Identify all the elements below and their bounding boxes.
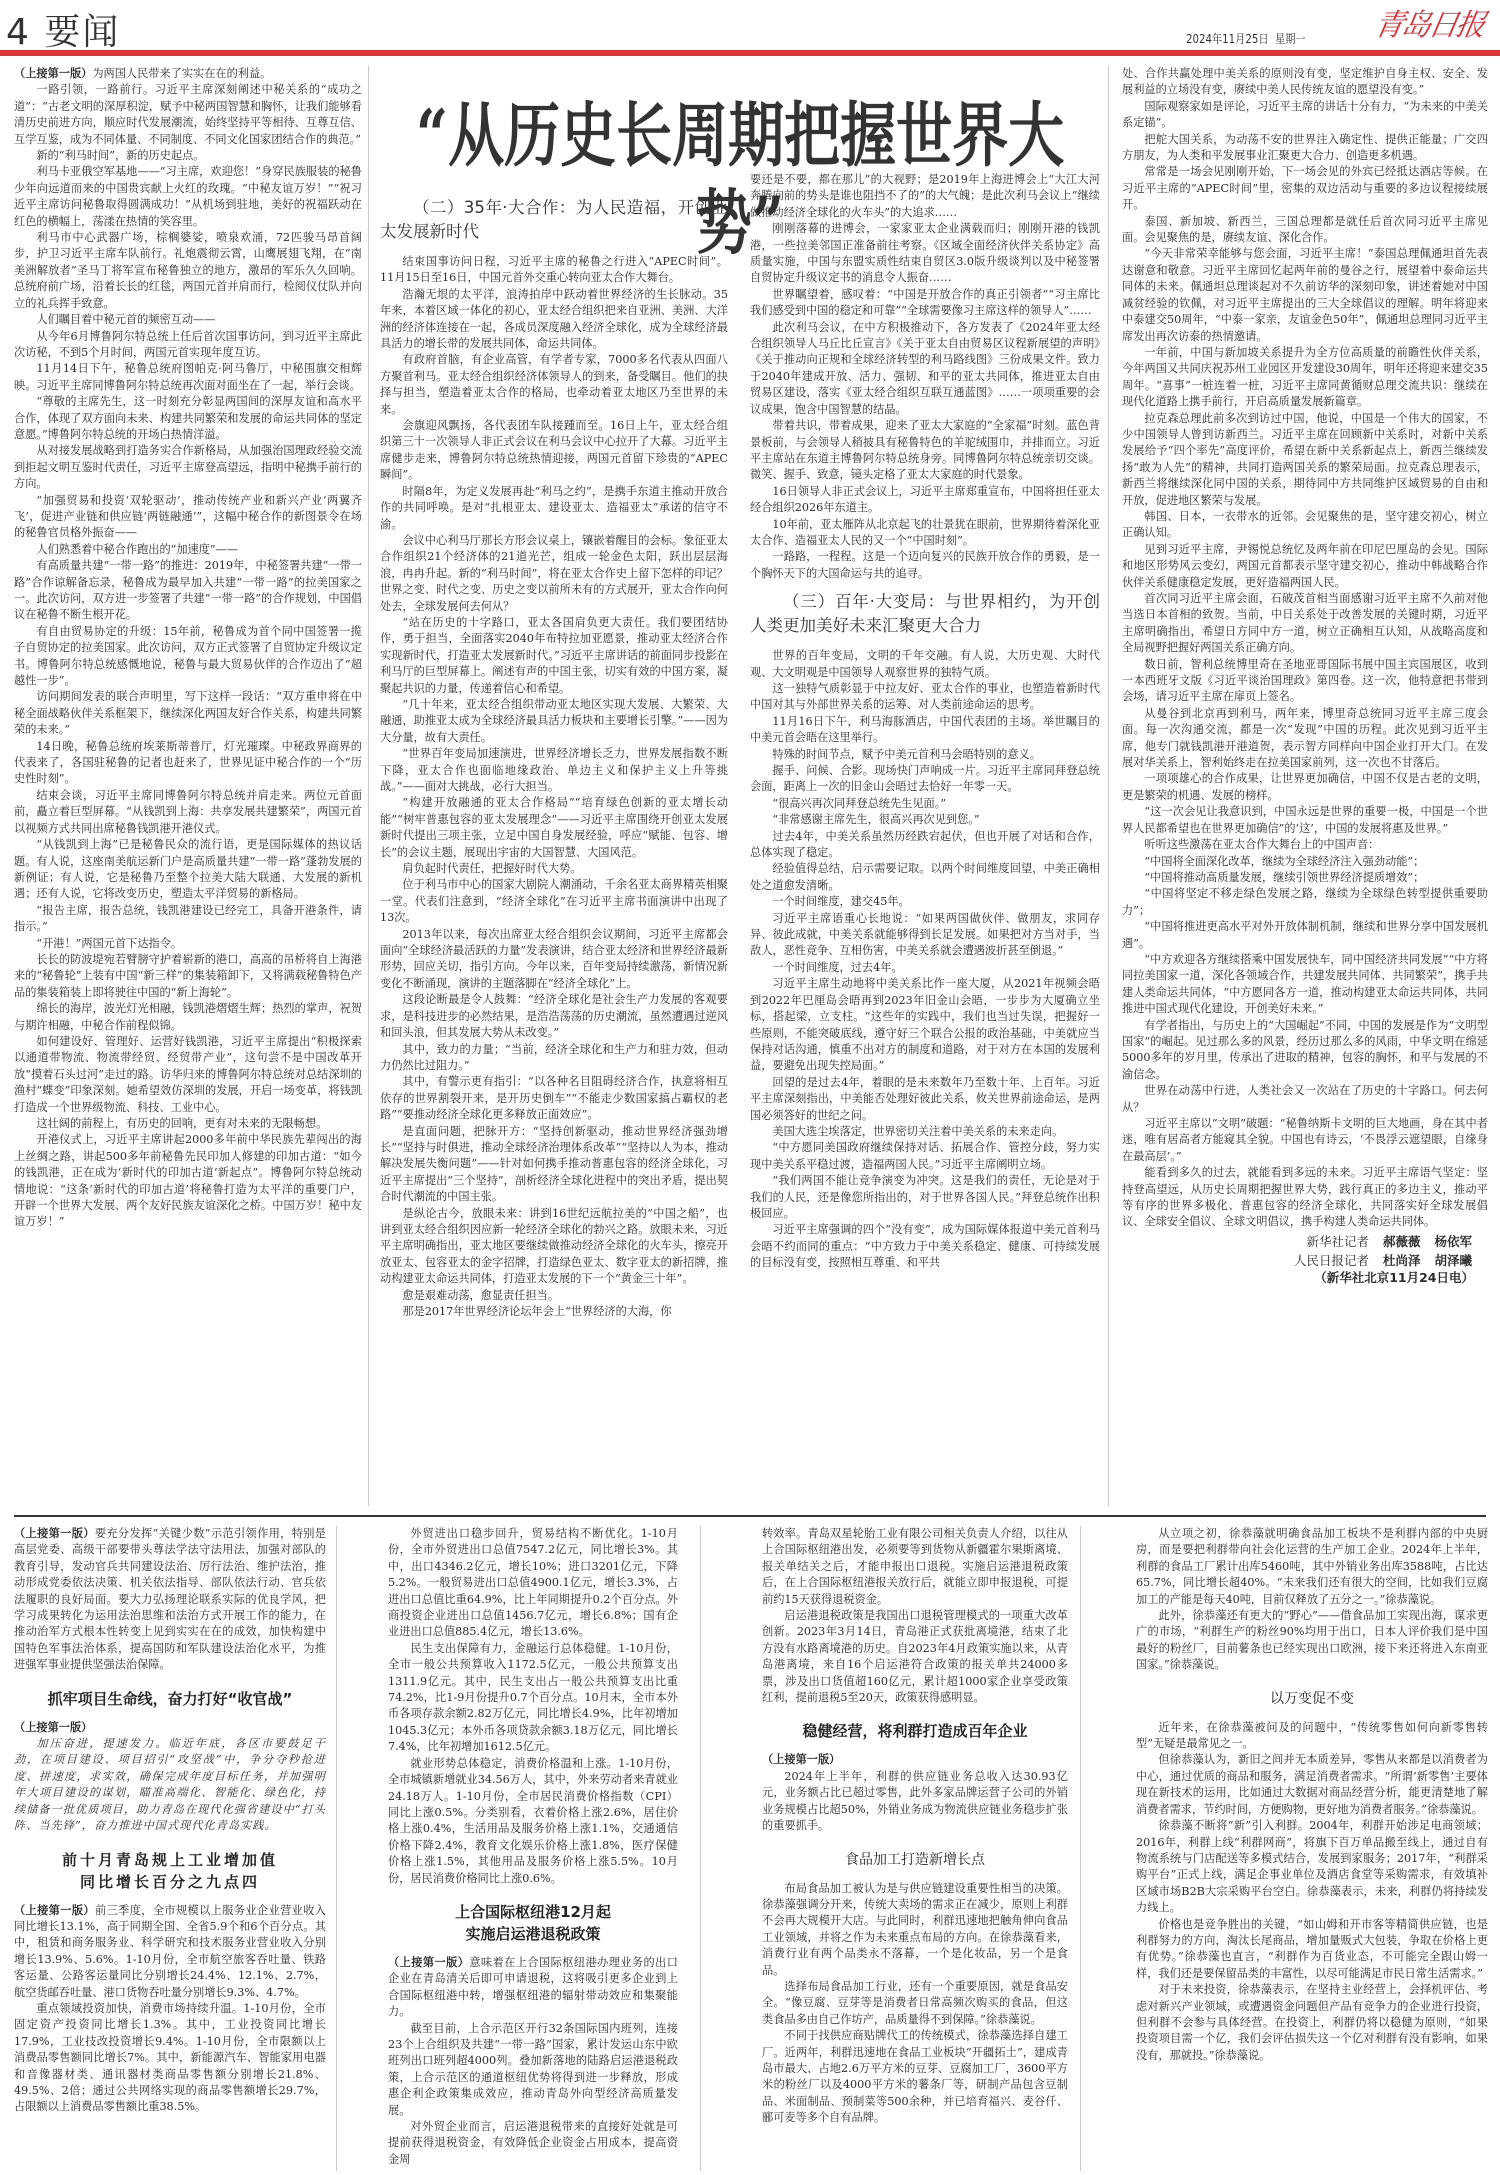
paragraph-text: 此次利马会议，在中方积极推动下，各方发表了《2024年亚太经合组织领导人马丘比丘… <box>750 321 1100 416</box>
paragraph-text: 10年前，亚太雁阵从北京起飞的壮景犹在眼前，世界期待着深化亚太合作、造福亚太人民… <box>750 518 1100 547</box>
paragraph-text: 访问期间发表的联合声明里，写下这样一段话：“双方重申将在中秘全面战略伙伴关系框架… <box>14 690 362 736</box>
section-divider <box>14 1515 1486 1517</box>
dateline: （新华社北京11月24日电） <box>1122 1269 1488 1286</box>
paragraph: 一项项雄心的合作成果，让世界更加确信，中国不仅是古老的文明，更是繁荣的机遇、发展… <box>1122 771 1488 804</box>
paragraph: 数日前，智利总统博里奇在圣地亚哥国际书展中国主宾国展区，收到一本西班牙文版《习近… <box>1122 657 1488 706</box>
paragraph: “构建开放融通的亚太合作格局”“培育绿色创新的亚太增长动能”“树牢普惠包容的亚太… <box>380 795 728 861</box>
paragraph-text: 前三季度，全市规模以上服务业企业营业收入同比增长13.1%，高于同期全国、全省5… <box>14 1904 326 1999</box>
paragraph: “尊敬的主席先生，这一时刻充分彰显两国间的深厚友谊和高水平合作，体现了双方面向未… <box>14 394 362 443</box>
paragraph-text: 从曼谷到北京再到利马，两年来，博里奇总统同习近平主席三度会面。每一次沟通交流，都… <box>1122 707 1488 769</box>
paragraph: 有学者指出，与历史上的“大国崛起”不同，中国的发展是作为“文明型国家”的崛起。见… <box>1122 1018 1488 1084</box>
paragraph: 那是2017年世界经济论坛年会上“世界经济的大海，你 <box>380 1304 728 1320</box>
paragraph-text: “中国将推进更高水平对外开放体制机制，继续和世界分享中国发展机遇”。 <box>1122 920 1488 949</box>
paragraph: “这一次会见让我意识到，中国永远是世界的重要一极，中国是一个世界人民都希望也在世… <box>1122 804 1488 837</box>
paragraph: “世界百年变局加速演进，世界经济增长乏力，世界发展指数不断下降，亚太合作也面临地… <box>380 746 728 795</box>
paragraph: 人们瞩目着中秘元首的频密互动—— <box>14 312 362 328</box>
section-title: 以万变促不变 <box>1136 1688 1488 1710</box>
paragraph: 选择布局食品加工行业，还有一个重要原因，就是食品安全。“像豆腐、豆芽等是消费者日… <box>762 1979 1068 2028</box>
title-line: 上合国际枢纽港12月起 <box>388 1901 678 1923</box>
paragraph-text: 这一独特气质彰显于中拉友好、亚太合作的事业，也塑造着新时代中国对其与外部世界关系… <box>750 682 1100 711</box>
paragraph: 这壮阔的前程上，有历史的回响，更有对未来的无限畅想。 <box>14 1116 362 1132</box>
paragraph: 要还是不要，都在那儿”的大视野；是2019年上海进博会上“大江大河奔腾向前的势头… <box>750 172 1100 221</box>
paragraph-text: 握手、问候、合影。现场快门声响成一片。习近平主席同拜登总统会面，距离上一次的旧金… <box>750 764 1100 793</box>
section-subhead: （三）百年·大变局：与世界相约，为开创人类更加美好未来汇聚更大合力 <box>750 590 1100 638</box>
paragraph-text: 14日晚，秘鲁总统府埃莱斯蒂普厅，灯光璀璨。中秘政界商界的代表来了，各国驻秘鲁的… <box>14 740 362 786</box>
paragraph: 此外，徐恭藻还有更大的“野心”——借食品加工实现出海，谋求更广的市场，“利群生产… <box>1136 1608 1488 1674</box>
paragraph-text: 一个时间维度，过去4年。 <box>772 961 902 974</box>
continued-from-label: （上接第一版） <box>14 1527 95 1540</box>
paragraph: 从立项之初，徐恭藻就明确食品加工板块不是利群内部的中央厨房，而是要把利群带向社会… <box>1136 1526 1488 1608</box>
paragraph-text: 结束会谈，习近平主席同博鲁阿尔特总统并肩走来。两位元首面前，矗立着巨型屏幕。“从… <box>14 789 362 835</box>
paragraph: “中国将推进更高水平对外开放体制机制，继续和世界分享中国发展机遇”。 <box>1122 919 1488 952</box>
paragraph: 处、合作共赢处理中美关系的原则没有变，坚定维护自身主权、安全、发展利益的立场没有… <box>1122 66 1488 99</box>
paragraph-text: 有自由贸易协定的升级：15年前，秘鲁成为首个同中国签署一揽子自贸协定的拉美国家。… <box>14 625 362 687</box>
paragraph: 重点领域投资加快，消费市场持续升温。1-10月份，全市固定资产投资同比增长1.3… <box>14 2001 326 2116</box>
paragraph: 位于利马市中心的国家大剧院人潮涌动，千余名亚太商界精英相聚一堂。代表们注意到，“… <box>380 877 728 926</box>
paragraph: “非常感谢主席先生，很高兴再次见到您。” <box>750 812 1100 828</box>
paragraph-text: “非常感谢主席先生，很高兴再次见到您。” <box>772 813 979 826</box>
paragraph-text: 首次同习近平主席会面，石破茂首相当面感谢习近平主席不久前对他当选日本首相的致贺。… <box>1122 592 1488 654</box>
page-number: 4 <box>6 12 31 53</box>
paragraph-text: 世界的百年变局，文明的千年交融。有人说，大历史观、大时代观、大文明观是中国领导人… <box>750 649 1100 678</box>
byline-role: 新华社记者 <box>1306 1234 1369 1249</box>
paragraph-text: 过去4年，中美关系虽然历经跌宕起伏，但也开展了对话和合作，总体实现了稳定。 <box>750 830 1100 859</box>
paragraph: （上接第一版）为两国人民带来了实实在在的利益。 <box>14 66 362 82</box>
column-divider <box>368 66 369 1506</box>
bottom-column-1: （上接第一版）要充分发挥“关键少数”示范引领作用，特别是高层党委、高级干部要带头… <box>14 1526 326 2171</box>
paragraph: 把舵大国关系，为动荡不安的世界注入确定性、提供正能量；广交四方朋友，为人类和平发… <box>1122 132 1488 165</box>
paragraph: 习近平主席强调的四个“没有变”，成为国际媒体报道中美元首利马会晤不约而同的重点：… <box>750 1222 1100 1271</box>
paragraph-text: 经验值得总结，启示需要记取。以两个时间维度回望，中美正确相处之道愈发清晰。 <box>750 862 1100 891</box>
byline-name: 胡泽曦 <box>1434 1253 1472 1268</box>
paragraph: 从曼谷到北京再到利马，两年来，博里奇总统同习近平主席三度会面。每一次沟通交流，都… <box>1122 706 1488 772</box>
paragraph: 有政府首脑，有企业高管，有学者专家，7000多名代表从四面八方聚首利马。亚太经合… <box>380 352 728 418</box>
bottom-column-2: 外贸进出口稳步回升，贸易结构不断优化。1-10月份，全市外贸进出口总值7547.… <box>388 1526 678 2171</box>
paragraph: 时隔8年，为定义发展再赴“利马之约”，是携手东道主推动开放合作的共同呼唤。是对“… <box>380 484 728 533</box>
paragraph: 从对接发展战略到打造务实合作新格局，从加强治国理政经验交流到拒起文明互鉴时代责任… <box>14 443 362 492</box>
paragraph-text: 有学者指出，与历史上的“大国崛起”不同，中国的发展是作为“文明型国家”的崛起。见… <box>1122 1019 1488 1081</box>
paragraph-text: 有高质量共建“一带一路”的推进：2019年，中秘签署共建“一带一路”合作谅解备忘… <box>14 559 362 621</box>
paragraph: 美国大选尘埃落定，世界密切关注着中美关系的未来走向。 <box>750 1124 1100 1140</box>
section-title: 稳健经营，将利群打造成百年企业 <box>762 1720 1068 1742</box>
paragraph: 这段论断最是令人鼓舞：“经济全球化是社会生产力发展的客观要求，是科技进步的必然结… <box>380 992 728 1041</box>
top-article-column-2: （二）35年·大合作：为人民造福，开创亚太发展新时代结束国事访问日程，习近平主席… <box>380 188 728 1504</box>
continued-from-label: （上接第一版） <box>14 1720 326 1736</box>
masthead: 4 要闻 2024年11月25日 星期一 青岛日报 <box>0 0 1500 52</box>
paragraph-text: “报告主席，报告总统，钱凯港建设已经完工，具备开港条件，请指示。” <box>14 904 362 933</box>
paragraph: “中方欢迎各方继续搭乘中国发展快车，同中国经济共同发展”“中方将同拉美国家一道，… <box>1122 952 1488 1018</box>
paragraph-text: 韩国、日本，一衣带水的近邻。会见聚焦的是，坚守建交初心，树立正确认知。 <box>1122 510 1488 539</box>
paragraph-text: “从钱凯到上海”已是秘鲁民众的流行语，更是国际媒体的热议话题。有人说，这座南美航… <box>14 838 362 900</box>
paragraph: 2024年上半年，利群的供应链业务总收入达30.93亿元，业务额占比已超过零售，… <box>762 1769 1068 1835</box>
paragraph-text: 美国大选尘埃落定，世界密切关注着中美关系的未来走向。 <box>772 1125 1063 1138</box>
paragraph: 国际观察家如是评论，习近平主席的讲话十分有力，“为未来的中美关系定锚”。 <box>1122 99 1488 132</box>
paragraph: 首次同习近平主席会面，石破茂首相当面感谢习近平主席不久前对他当选日本首相的致贺。… <box>1122 591 1488 657</box>
paragraph-text: 利马市中心武器广场，棕榈婆娑，喷泉欢涌，72匹骏马昂首阔步，护卫习近平主席车队前… <box>14 231 362 310</box>
paragraph: 启运港退税政策是我国出口退税管理模式的一项重大改革创新。2023年3月14日，青… <box>762 1608 1068 1706</box>
paragraph-text: 习近平主席以“文明”破题：“秘鲁纳斯卡文明的巨大地画，身在其中者迷，唯有居高者方… <box>1122 1117 1488 1163</box>
paragraph: 是纵论古今，放眼未来：讲到16世纪远航拉美的“中国之船”，也讲到亚太经合组织因应… <box>380 1206 728 1288</box>
paragraph-text: “我们两国不能让竞争演变为冲突。这是我们的责任，无论是对于我们的人民，还是像您所… <box>750 1174 1100 1220</box>
paragraph: 民生支出保障有力，金融运行总体稳健。1-10月份，全市一般公共预算收入1172.… <box>388 1641 678 1756</box>
paragraph-text: 世界瞩望着，感叹着：“中国是开放合作的真正引领者”“习主席比我们感受到中国的稳定… <box>750 288 1100 317</box>
paragraph-text: 带着共识，带着成果，迎来了亚太大家庭的“全家福”时刻。蓝色背景板前，与会领导人稍… <box>750 419 1100 481</box>
paragraph: 会议中心利马厅那长方形会议桌上，镶嵌着醒目的会标。象征亚太合作组织21个经济体的… <box>380 533 728 615</box>
paragraph-text: 从对接发展战略到打造务实合作新格局，从加强治国理政经验交流到拒起文明互鉴时代责任… <box>14 444 362 490</box>
paragraph-text: “今天非常荣幸能够与您会面，习近平主席！”泰国总理佩通坦首先表达谢意和敬意。习近… <box>1122 247 1488 342</box>
paragraph: 一年前，中国与新加坡关系提升为全方位高质量的前瞻性伙伴关系，今年两国又共同庆祝苏… <box>1122 345 1488 411</box>
date: 2024年11月25日 <box>1186 32 1269 46</box>
paragraph: “很高兴再次同拜登总统先生见面。” <box>750 796 1100 812</box>
paragraph: 拉克森总理此前多次到访过中国，他说，中国是一个伟大的国家，不少中国领导人曾到访新… <box>1122 411 1488 509</box>
section-title: 前十月青岛规上工业增加值同比增长百分之九点四 <box>14 1849 326 1893</box>
paragraph-text: 16日领导人非正式会议上，习近平主席郑重宣布，中国将担任亚太经合组织2026年东… <box>750 485 1100 514</box>
paragraph: 利马卡亚俄空军基地——“习主席，欢迎您！”身穿民族服装的秘鲁少年向远道而来的中国… <box>14 164 362 230</box>
paragraph: 长长的防波堤宛若臂膀守护着崭新的港口，高高的吊桥将自上海港来的“秘鲁轮”上装有中… <box>14 952 362 1001</box>
paragraph-text: “中国将坚定不移走绿色发展之路，继续为全球绿色转型提供重要助力”； <box>1122 887 1488 916</box>
paragraph-text: 常常是一场会见刚刚开始，下一场会见的外宾已经抵达酒店等候。在习近平主席的“APE… <box>1122 165 1488 211</box>
paragraph: “加强贸易和投资‘双轮驱动’，推动传统产业和新兴产业‘两翼齐飞’，促进产业链和供… <box>14 493 362 542</box>
paragraph-text: 把舵大国关系，为动荡不安的世界注入确定性、提供正能量；广交四方朋友，为人类和平发… <box>1122 133 1488 162</box>
paragraph: “几十年来，亚太经合组织带动亚太地区实现大发展、大繁荣、大融通，助推亚太成为全球… <box>380 697 728 746</box>
column-divider <box>336 1526 337 2171</box>
paragraph: 但徐恭藻认为，新旧之间并无本质差异，零售从来都是以消费者为中心，通过优质的商品和… <box>1136 1752 1488 1818</box>
paragraph: 利马市中心武器广场，棕榈婆娑，喷泉欢涌，72匹骏马昂首阔步，护卫习近平主席车队前… <box>14 230 362 312</box>
paragraph: 一个时间维度，过去4年。 <box>750 960 1100 976</box>
paragraph-text: 开港仪式上，习近平主席讲起2000多年前中华民族先辈闯出的海上丝绸之路，讲起50… <box>14 1133 362 1228</box>
paragraph: 徐恭藻不断将“新”引入利群。2004年，利群开始涉足电商领域；2016年，利群上… <box>1136 1818 1488 1916</box>
byline-name: 杜尚泽 <box>1383 1253 1421 1268</box>
paragraph: 价格也是竞争胜出的关键，“如山姆和开市客等精简供应链，也是利群努力的方向，淘汰长… <box>1136 1917 1488 1983</box>
paragraph: 世界瞩望着，感叹着：“中国是开放合作的真正引领者”“习主席比我们感受到中国的稳定… <box>750 287 1100 320</box>
paragraph: “今天非常荣幸能够与您会面，习近平主席！”泰国总理佩通坦首先表达谢意和敬意。习近… <box>1122 246 1488 344</box>
paragraph-text: 这壮阔的前程上，有历史的回响，更有对未来的无限畅想。 <box>36 1117 327 1130</box>
paragraph-text: “中国将全面深化改革，继续为全球经济注入强劲动能”； <box>1144 855 1424 868</box>
paragraph: 听听这些激荡在亚太合作大舞台上的中国声音： <box>1122 837 1488 853</box>
paragraph-text: 人们熟悉着中秘合作跑出的“加速度”—— <box>36 543 238 556</box>
paragraph-text: 一项项雄心的合作成果，让世界更加确信，中国不仅是古老的文明，更是繁荣的机遇、发展… <box>1122 772 1488 801</box>
paragraph: 对外贸企业而言，启运港退税带来的直接好处就是可提前获得退税资金，有效降低企业资金… <box>388 2119 678 2168</box>
paragraph: 有自由贸易协定的升级：15年前，秘鲁成为首个同中国签署一揽子自贸协定的拉美国家。… <box>14 624 362 690</box>
paragraph: 这一独特气质彰显于中拉友好、亚太合作的事业，也塑造着新时代中国对其与外部世界关系… <box>750 681 1100 714</box>
paragraph: 人们熟悉着中秘合作跑出的“加速度”—— <box>14 542 362 558</box>
paragraph: 习近平主席语重心长地说：“如果两国做伙伴、做朋友，求同存异、彼此成就，中美关系就… <box>750 911 1100 960</box>
paragraph-text: 国际观察家如是评论，习近平主席的讲话十分有力，“为未来的中美关系定锚”。 <box>1122 100 1488 129</box>
paragraph: 带着共识，带着成果，迎来了亚太大家庭的“全家福”时刻。蓝色背景板前，与会领导人稍… <box>750 418 1100 484</box>
paragraph: “中方愿同美国政府继续保持对话、拓展合作、管控分歧，努力实现中美关系平稳过渡，造… <box>750 1140 1100 1173</box>
paragraph-text: “这一次会见让我意识到，中国永远是世界的重要一极，中国是一个世界人民都希望也在世… <box>1122 805 1488 834</box>
paragraph-text: 一年前，中国与新加坡关系提升为全方位高质量的前瞻性伙伴关系，今年两国又共同庆祝苏… <box>1122 346 1488 408</box>
issue-date: 2024年11月25日 星期一 <box>1186 30 1306 47</box>
paragraph-text: 为两国人民带来了实实在在的利益。 <box>92 67 271 80</box>
paragraph-text: “中国将推动高质量发展，继续引领世界经济提质增效”； <box>1144 871 1424 884</box>
paragraph-text: 一路路，一程程。这是一个迈向复兴的民族开放合作的勇毅，是一个胸怀天下的大国命运与… <box>750 550 1100 579</box>
paragraph: 加压奋进，提速发力。临近年底，各区市要鼓足干劲，在项目建设、项目招引“攻坚战”中… <box>14 1736 326 1834</box>
paragraph: 截至目前，上合示范区开行32条国际国内班列，连接23个上合组织及共建“一带一路”… <box>388 2021 678 2119</box>
paragraph: 如何建设好、管理好、运营好钱凯港，习近平主席提出“积极探索以通道带物流、物流带经… <box>14 1034 362 1116</box>
title-line: 同比增长百分之九点四 <box>14 1871 326 1893</box>
paragraph-text: 11月14日下午，秘鲁总统府图帕克·阿马鲁厅，中秘围旗交相辉映。习近平主席同博鲁… <box>14 362 362 391</box>
paragraph: 一路路，一程程。这是一个迈向复兴的民族开放合作的勇毅，是一个胸怀天下的大国命运与… <box>750 549 1100 582</box>
paragraph: “中国将全面深化改革，继续为全球经济注入强劲动能”； <box>1122 854 1488 870</box>
paragraph-text: 拉克森总理此前多次到访过中国，他说，中国是一个伟大的国家，不少中国领导人曾到访新… <box>1122 412 1488 507</box>
paragraph-text: 人们瞩目着中秘元首的频密互动—— <box>36 313 215 326</box>
paragraph: 11月14日下午，秘鲁总统府图帕克·阿马鲁厅，中秘围旗交相辉映。习近平主席同博鲁… <box>14 361 362 394</box>
title-line: 前十月青岛规上工业增加值 <box>14 1849 326 1871</box>
paragraph-text: “中方愿同美国政府继续保持对话、拓展合作、管控分歧，努力实现中美关系平稳过渡，造… <box>750 1141 1100 1170</box>
byline: 新华社记者郝薇薇杨依军 <box>1122 1233 1488 1250</box>
paragraph: 绵长的海岸，波光灯光相融，钱凯港熠熠生辉；热烈的掌声，祝贺与期许相融，中秘合作前… <box>14 1001 362 1034</box>
paragraph: 回望的是过去4年，着眼的是未来数年乃至数十年、上百年。习近平主席深刻指出，中美能… <box>750 1075 1100 1124</box>
byline-name: 杨依军 <box>1434 1234 1472 1249</box>
top-article-column-4: 处、合作共赢处理中美关系的原则没有变，坚定维护自身主权、安全、发展利益的立场没有… <box>1122 66 1488 1504</box>
paragraph-text: 要还是不要，都在那儿”的大视野；是2019年上海进博会上“大江大河奔腾向前的势头… <box>750 173 1100 219</box>
paragraph: 就业形势总体稳定，消费价格温和上涨。1-10月份，全市城镇新增就业34.56万人… <box>388 1756 678 1887</box>
byline: 人民日报记者杜尚泽胡泽曦 <box>1122 1252 1488 1269</box>
paragraph: 结束国事访问日程，习近平主席的秘鲁之行进入“APEC时间”。11月15日至16日… <box>380 254 728 287</box>
paragraph: 习近平主席生动地将中美关系比作一座大厦，从2021年视频会晤到2022年巴厘岛会… <box>750 976 1100 1074</box>
weekday: 星期一 <box>1275 32 1306 46</box>
paragraph-text: “很高兴再次同拜登总统先生见面。” <box>772 797 946 810</box>
paragraph: 过去4年，中美关系虽然历经跌宕起伏，但也开展了对话和合作，总体实现了稳定。 <box>750 829 1100 862</box>
paragraph: 一个时间维度，建交45年。 <box>750 894 1100 910</box>
bottom-column-3: 转效率。青岛双星轮胎工业有限公司相关负责人介绍，以往从上合国际枢纽港出发，必须要… <box>762 1526 1068 2171</box>
paragraph: 见到习近平主席，尹锡悦总统忆及两年前在印尼巴厘岛的会见。国际和地区形势风云变幻，… <box>1122 542 1488 591</box>
paragraph-text: 泰国、新加坡、新西兰，三国总理都是就任后首次同习近平主席见面。会见聚焦的是，赓续… <box>1122 215 1488 244</box>
paragraph: “中国将坚定不移走绿色发展之路，继续为全球绿色转型提供重要助力”； <box>1122 886 1488 919</box>
paragraph-text: 数日前，智利总统博里奇在圣地亚哥国际书展中国主宾国展区，收到一本西班牙文版《习近… <box>1122 658 1488 704</box>
paragraph: 新的“利马时间”，新的历史起点。 <box>14 148 362 164</box>
paragraph-text: “开港！”两国元首下达指令。 <box>36 937 182 950</box>
paragraph: 外贸进出口稳步回升，贸易结构不断优化。1-10月份，全市外贸进出口总值7547.… <box>388 1526 678 1641</box>
paragraph-text: 长长的防波堤宛若臂膀守护着崭新的港口，高高的吊桥将自上海港来的“秘鲁轮”上装有中… <box>14 953 362 999</box>
continued-from-label: （上接第一版） <box>14 1904 95 1917</box>
paragraph-text: 新的“利马时间”，新的历史起点。 <box>36 149 204 162</box>
paragraph: 一路引领，一路前行。习近平主席深刻阐述中秘关系的“成功之道”：“古老文明的深厚积… <box>14 82 362 148</box>
byline-name: 郝薇薇 <box>1383 1234 1421 1249</box>
top-article-column-1: （上接第一版）为两国人民带来了实实在在的利益。一路引领，一路前行。习近平主席深刻… <box>14 66 362 1504</box>
paragraph: “报告主席，报告总统，钱凯港建设已经完工，具备开港条件，请指示。” <box>14 903 362 936</box>
column-divider <box>1108 66 1109 1506</box>
paragraph: 此次利马会议，在中方积极推动下，各方发表了《2024年亚太经合组织领导人马丘比丘… <box>750 320 1100 418</box>
paragraph: “从钱凯到上海”已是秘鲁民众的流行语，更是国际媒体的热议话题。有人说，这座南美航… <box>14 837 362 903</box>
paragraph: 不同于找供应商贴牌代工的传统模式，徐恭藻选择自建工厂。近两年，利群迅速地在食品工… <box>762 2028 1068 2126</box>
paragraph: 14日晚，秘鲁总统府埃莱斯蒂普厅，灯光璀璨。中秘政界商界的代表来了，各国驻秘鲁的… <box>14 739 362 788</box>
section-title: 抓牢项目生命线，奋力打好“收官战” <box>14 1688 326 1710</box>
paragraph: 有高质量共建“一带一路”的推进：2019年，中秘签署共建“一带一路”合作谅解备忘… <box>14 558 362 624</box>
paragraph: “我们两国不能让竞争演变为冲突。这是我们的责任，无论是对于我们的人民，还是像您所… <box>750 1173 1100 1222</box>
paragraph-text: “尊敬的主席先生，这一时刻充分彰显两国间的深厚友谊和高水平合作，体现了双方面向未… <box>14 395 362 441</box>
newspaper-logo: 青岛日报 <box>1371 0 1487 44</box>
paragraph: 常常是一场会见刚刚开始，下一场会见的外宾已经抵达酒店等候。在习近平主席的“APE… <box>1122 164 1488 213</box>
paragraph: 布局食品加工被认为是与供应链建设重要性相当的决策。徐恭藻强调分开来，传统大卖场的… <box>762 1881 1068 1979</box>
paragraph-text: 习近平主席生动地将中美关系比作一座大厦，从2021年视频会晤到2022年巴厘岛会… <box>750 977 1100 1072</box>
paragraph: 韩国、日本，一衣带水的近邻。会见聚焦的是，坚守建交初心，树立正确认知。 <box>1122 509 1488 542</box>
paragraph-text: 能看到多久的过去，就能看到多远的未来。习近平主席语气坚定：坚持登高望远，从历史长… <box>1122 1166 1488 1228</box>
paragraph-text: “中方欢迎各方继续搭乘中国发展快车，同中国经济共同发展”“中方将同拉美国家一道，… <box>1122 953 1488 1015</box>
paragraph: 能看到多久的过去，就能看到多远的未来。习近平主席语气坚定：坚持登高望远，从历史长… <box>1122 1165 1488 1231</box>
paragraph: 从今年6月博鲁阿尔特总统上任后首次国事访问，到习近平主席此次访秘，不到5个月时间… <box>14 329 362 362</box>
paragraph: （上接第一版）要充分发挥“关键少数”示范引领作用，特别是高层党委、高级干部要带头… <box>14 1526 326 1674</box>
paragraph: 会旗迎风飘扬，各代表团车队接踵而至。16日上午，亚太经合组织第三十一次领导人非正… <box>380 418 728 484</box>
paragraph-text: 特殊的时间节点，赋予中美元首利马会晤特别的意义。 <box>772 748 1041 761</box>
paragraph-text: 利马卡亚俄空军基地——“习主席，欢迎您！”身穿民族服装的秘鲁少年向远道而来的中国… <box>14 165 362 227</box>
paragraph: （上接第一版）前三季度，全市规模以上服务业企业营业收入同比增长13.1%，高于同… <box>14 1903 326 2001</box>
paragraph: 近年来，在徐恭藻被问及的问题中，“传统零售如何向新零售转型”无疑是最常见之一。 <box>1136 1720 1488 1753</box>
paragraph: 10年前，亚太雁阵从北京起飞的壮景犹在眼前，世界期待着深化亚太合作、造福亚太人民… <box>750 517 1100 550</box>
paragraph-text: 处、合作共赢处理中美关系的原则没有变，坚定维护自身主权、安全、发展利益的立场没有… <box>1122 67 1488 96</box>
section-title: 上合国际枢纽港12月起实施启运港退税政策 <box>388 1901 678 1945</box>
paragraph: “中国将推动高质量发展，继续引领世界经济提质增效”； <box>1122 870 1488 886</box>
top-article-column-3: 要还是不要，都在那儿”的大视野；是2019年上海进博会上“大江大河奔腾向前的势头… <box>750 172 1100 1504</box>
title-line: 实施启运港退税政策 <box>388 1923 678 1945</box>
paragraph-text: 一路引领，一路前行。习近平主席深刻阐述中秘关系的“成功之道”：“古老文明的深厚积… <box>14 83 362 145</box>
section-title: 食品加工打造新增长点 <box>762 1849 1068 1871</box>
paragraph-text: “加强贸易和投资‘双轮驱动’，推动传统产业和新兴产业‘两翼齐飞’，促进产业链和供… <box>14 494 362 540</box>
paragraph-text: 从今年6月博鲁阿尔特总统上任后首次国事访问，到习近平主席此次访秘，不到5个月时间… <box>14 330 362 359</box>
paragraph-text: 世界在动荡中行进，人类社会又一次站在了历史的十字路口。何去何从？ <box>1122 1084 1488 1113</box>
paragraph: 世界在动荡中行进，人类社会又一次站在了历史的十字路口。何去何从？ <box>1122 1083 1488 1116</box>
continued-from-label: （上接第一版） <box>388 1956 469 1969</box>
paragraph: 结束会谈，习近平主席同博鲁阿尔特总统并肩走来。两位元首面前，矗立着巨型屏幕。“从… <box>14 788 362 837</box>
paragraph-text: 见到习近平主席，尹锡悦总统忆及两年前在印尼巴厘岛的会见。国际和地区形势风云变幻，… <box>1122 543 1488 589</box>
paragraph: 握手、问候、合影。现场快门声响成一片。习近平主席同拜登总统会面，距离上一次的旧金… <box>750 763 1100 796</box>
paragraph-text: 要充分发挥“关键少数”示范引领作用，特别是高层党委、高级干部要带头尊法学法守法用… <box>14 1527 326 1671</box>
paragraph-text: 回望的是过去4年，着眼的是未来数年乃至数十年、上百年。习近平主席深刻指出，中美能… <box>750 1076 1100 1122</box>
paragraph: 刚刚落幕的进博会，一家家亚太企业满载而归；刚刚开港的钱凯港，一些拉美邻国正准备前… <box>750 221 1100 287</box>
paragraph: 16日领导人非正式会议上，习近平主席郑重宣布，中国将担任亚太经合组织2026年东… <box>750 484 1100 517</box>
paragraph: 世界的百年变局，文明的千年交融。有人说，大历史观、大时代观、大文明观是中国领导人… <box>750 648 1100 681</box>
paragraph: 是直面问题，把脉开方：“坚持创新驱动，推动世界经济强劲增长”“坚持与时俱进，推动… <box>380 1124 728 1206</box>
paragraph-text: 听听这些激荡在亚太合作大舞台上的中国声音： <box>1144 838 1379 851</box>
page-section-label: 4 要闻 <box>6 4 120 55</box>
paragraph: 浩瀚无垠的太平洋，浪涛拍岸中跃动着世界经济的生长脉动。35年来，本着区域一体化的… <box>380 287 728 353</box>
paragraph: 习近平主席以“文明”破题：“秘鲁纳斯卡文明的巨大地画，身在其中者迷，唯有居高者方… <box>1122 1116 1488 1165</box>
paragraph: “站在历史的十字路口，亚太各国肩负更大责任。我们要团结协作，勇于担当，全面落实2… <box>380 615 728 697</box>
paragraph: 其中，有警示更有指引：“以各种名目阻碍经济合作，执意将相互依存的世界割裂开来，是… <box>380 1074 728 1123</box>
continued-from-label: （上接第一版） <box>762 1752 1068 1768</box>
paragraph-text: 刚刚落幕的进博会，一家家亚太企业满载而归；刚刚开港的钱凯港，一些拉美邻国正准备前… <box>750 222 1100 284</box>
bottom-column-4: 从立项之初，徐恭藻就明确食品加工板块不是利群内部的中央厨房，而是要把利群带向社会… <box>1136 1526 1488 2171</box>
paragraph: 11月16日下午，利马海豚酒店，中国代表团的主场。举世瞩目的中美元首会晤在这里举… <box>750 714 1100 747</box>
paragraph-text: 一个时间维度，建交45年。 <box>772 895 909 908</box>
paragraph: 访问期间发表的联合声明里，写下这样一段话：“双方重申将在中秘全面战略伙伴关系框架… <box>14 689 362 738</box>
paragraph: “开港！”两国元首下达指令。 <box>14 936 362 952</box>
paragraph: 2013年以来，每次出席亚太经合组织会议期间，习近平主席都会面向“全球经济最活跃… <box>380 927 728 993</box>
paragraph: 转效率。青岛双星轮胎工业有限公司相关负责人介绍，以往从上合国际枢纽港出发，必须要… <box>762 1526 1068 1608</box>
paragraph: 特殊的时间节点，赋予中美元首利马会晤特别的意义。 <box>750 747 1100 763</box>
paragraph-text: 习近平主席强调的四个“没有变”，成为国际媒体报道中美元首利马会晤不约而同的重点：… <box>750 1223 1100 1269</box>
paragraph-text: 习近平主席语重心长地说：“如果两国做伙伴、做朋友，求同存异、彼此成就，中美关系就… <box>750 912 1100 958</box>
paragraph: （上接第一版）意味着在上合国际枢纽港办理业务的出口企业在青岛清关后即可申请退税，… <box>388 1955 678 2021</box>
paragraph: 其中，致力的力量；“当前，经济全球化和生产力和驻力效，但动力仍然比过阻力。” <box>380 1042 728 1075</box>
paragraph: 对于未来投资，徐恭藻表示，在坚持主业经营上，会择机评估、考虑对新兴产业领域，或遭… <box>1136 1982 1488 2064</box>
continued-from-label: （上接第一版） <box>14 67 92 80</box>
paragraph: 开港仪式上，习近平主席讲起2000多年前中华民族先辈闯出的海上丝绸之路，讲起50… <box>14 1132 362 1230</box>
section-name: 要闻 <box>44 12 120 53</box>
paragraph: 泰国、新加坡、新西兰，三国总理都是就任后首次同习近平主席见面。会见聚焦的是，赓续… <box>1122 214 1488 247</box>
masthead-red-rule <box>0 50 1500 56</box>
paragraph: 肩负起时代责任，把握好时代大势。 <box>380 861 728 877</box>
paragraph-text: 如何建设好、管理好、运营好钱凯港，习近平主席提出“积极探索以通道带物流、物流带经… <box>14 1035 362 1114</box>
column-divider <box>700 1526 701 2171</box>
section-subhead: （二）35年·大合作：为人民造福，开创亚太发展新时代 <box>380 196 728 244</box>
paragraph-text: 11月16日下午，利马海豚酒店，中国代表团的主场。举世瞩目的中美元首会晤在这里举… <box>750 715 1100 744</box>
paragraph: 愈是艰难动荡，愈显责任担当。 <box>380 1288 728 1304</box>
byline-role: 人民日报记者 <box>1294 1253 1369 1268</box>
paragraph-text: 绵长的海岸，波光灯光相融，钱凯港熠熠生辉；热烈的掌声，祝贺与期许相融，中秘合作前… <box>14 1002 362 1031</box>
column-divider <box>1080 1526 1081 2171</box>
paragraph: 经验值得总结，启示需要记取。以两个时间维度回望，中美正确相处之道愈发清晰。 <box>750 861 1100 894</box>
